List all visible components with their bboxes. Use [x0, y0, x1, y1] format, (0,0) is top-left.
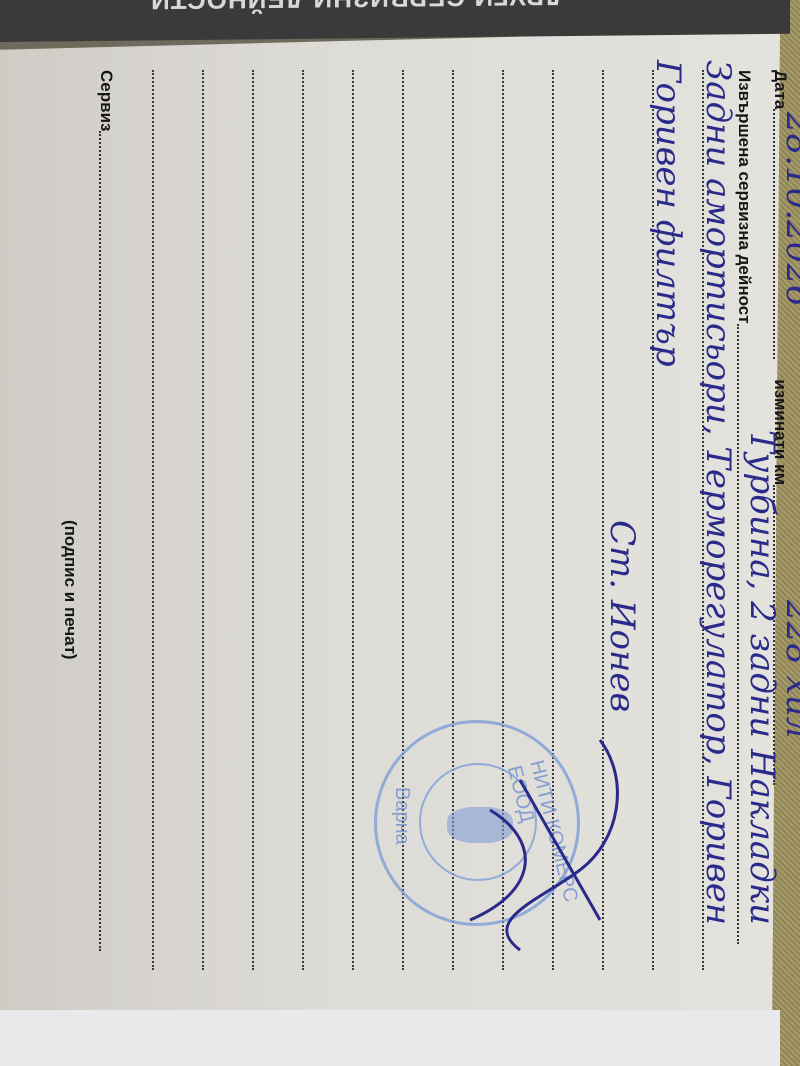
- ruled-line: [352, 70, 354, 970]
- section-title: ДРУГИ СЕРВИЗНИ ДЕЙНОСТИ: [150, 0, 564, 15]
- service-label: Сервиз: [96, 70, 116, 131]
- date-value[interactable]: 28.10.2026: [778, 112, 800, 307]
- date-label: Дата: [770, 70, 790, 109]
- date-dots: [773, 109, 775, 359]
- facing-page: [0, 1010, 780, 1066]
- activity-line-3[interactable]: Горивен филтър: [648, 60, 688, 367]
- activity-line-2[interactable]: Задни амортисьори, Терморегулатор, Горив…: [698, 60, 738, 925]
- service-row: Сервиз: [96, 70, 116, 951]
- ruled-line: [202, 70, 204, 970]
- signature-caption: (подпис и печат): [60, 520, 80, 660]
- signature-scribble-icon: [440, 720, 640, 960]
- service-dots: [99, 131, 101, 951]
- activity-line-4[interactable]: Ст. Ионев: [602, 520, 642, 712]
- form-content: Дата изминати км 28.10.2026 228 хил Извъ…: [40, 40, 800, 1000]
- ruled-line: [152, 70, 154, 970]
- activity-line-1[interactable]: Турбина, 2 задни Накладки: [742, 430, 782, 925]
- ruled-line: [252, 70, 254, 970]
- ruled-line: [302, 70, 304, 970]
- stamp-city: Варна: [390, 787, 413, 845]
